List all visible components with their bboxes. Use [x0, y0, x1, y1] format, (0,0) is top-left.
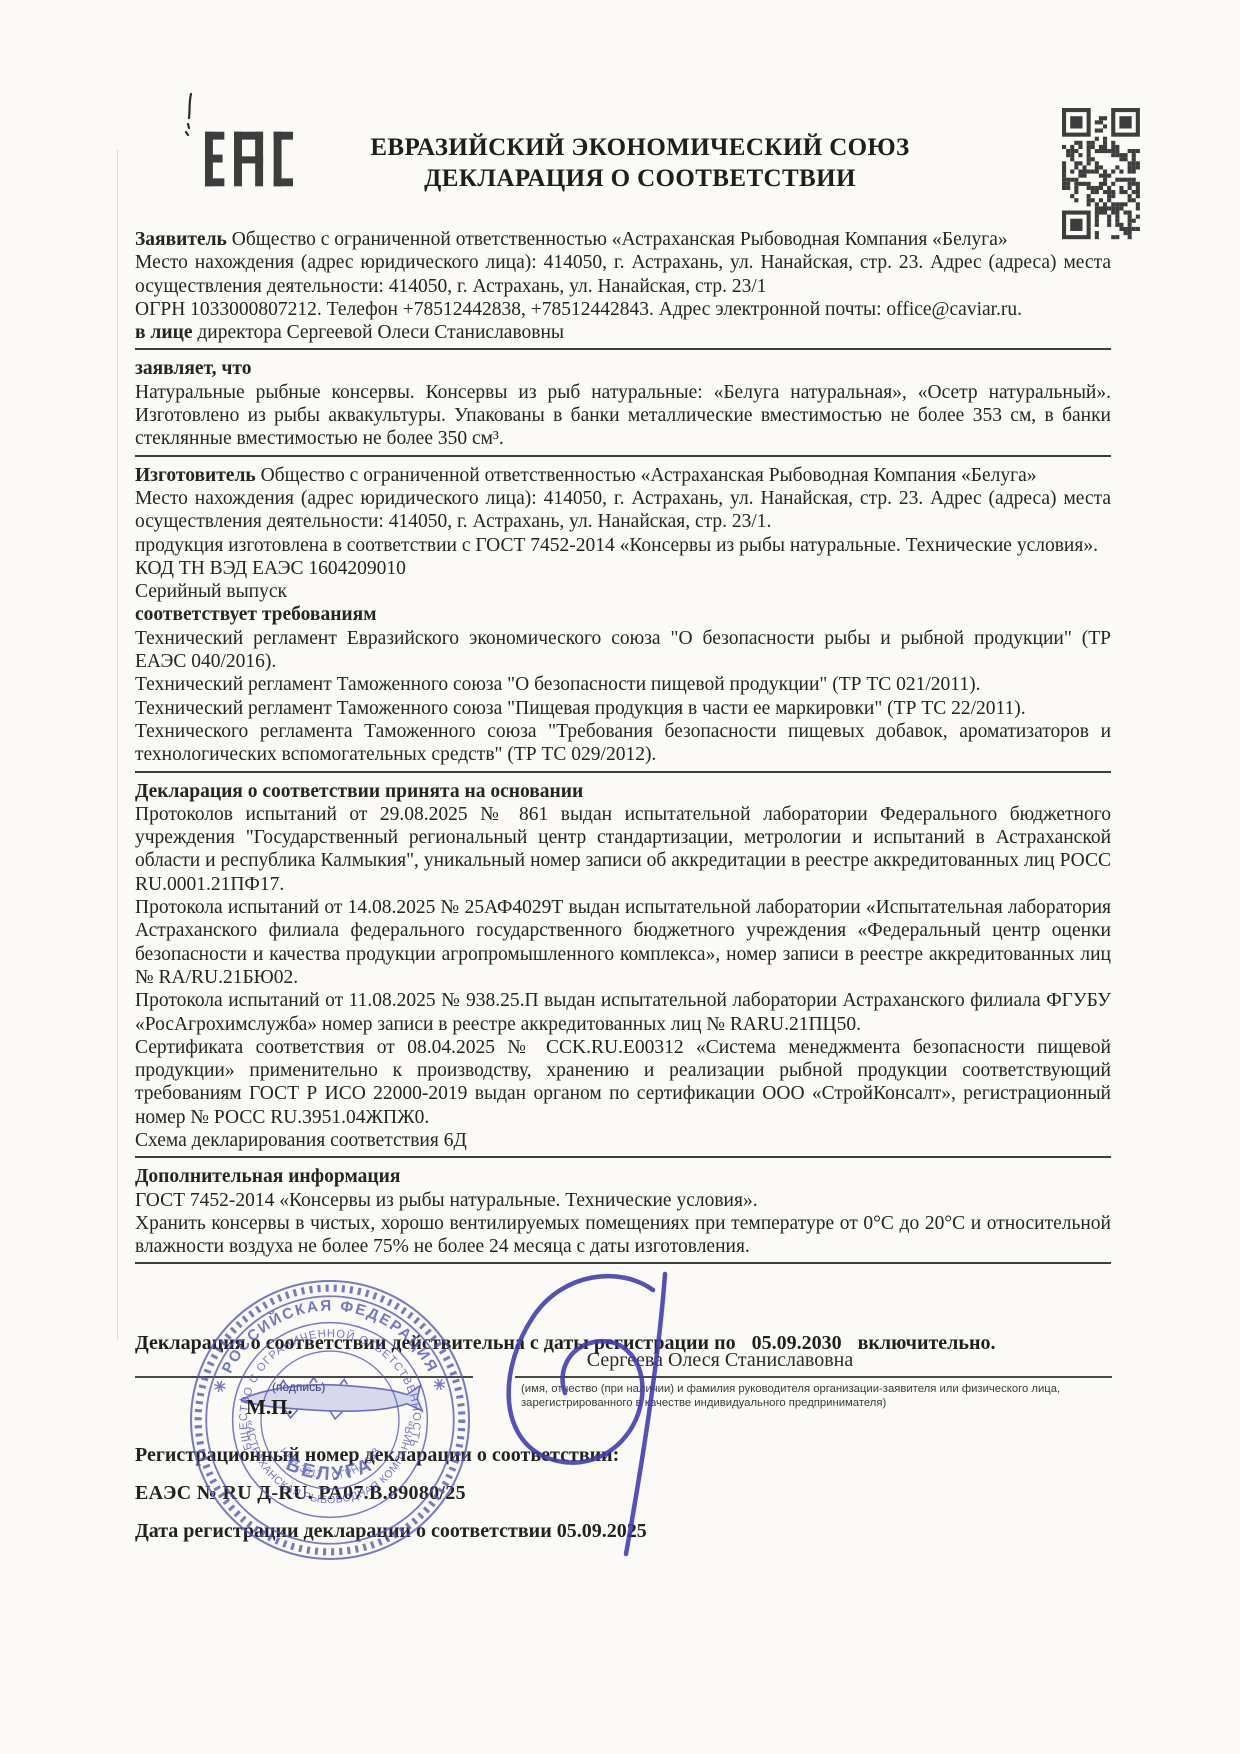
signature-line [135, 1376, 473, 1378]
manufacturer-address: Место нахождения (адрес юридического лиц… [135, 487, 1111, 534]
handwritten-signature [468, 1262, 718, 1562]
product-description: Натуральные рыбные консервы. Консервы из… [135, 381, 1111, 451]
head-name-note: (имя, отчество (при наличии) и фамилия р… [521, 1382, 1125, 1410]
scan-artifact [183, 92, 197, 136]
basis-label: Декларация о соответствии принята на осн… [135, 780, 1111, 803]
basis-paragraph: Сертификата соответствия от 08.04.2025 №… [135, 1036, 1111, 1129]
svg-text:ОБЩЕСТВО С ОГРАНИЧЕННОЙ ОТВЕТС: ОБЩЕСТВО С ОГРАНИЧЕННОЙ ОТВЕТСТВЕННОСТЬЮ [188, 1278, 422, 1452]
applicant-name: Общество с ограниченной ответственностью… [232, 229, 1008, 250]
head-name: Сергеева Олеся Станиславовна [520, 1349, 920, 1372]
registration-number-label: Регистрационный номер декларации о соотв… [135, 1444, 619, 1467]
requirement-item: Технический регламент Евразийского эконо… [135, 627, 1111, 674]
declares-label: заявляет, что [135, 357, 1111, 380]
applicant-in-person: в лице директора Сергеевой Олеси Станисл… [135, 321, 1111, 344]
requirement-item: Технический регламент Таможенного союза … [135, 673, 1111, 696]
applicant-address: Место нахождения (адрес юридического лиц… [135, 251, 1111, 298]
stamp-place-label: М.П. [246, 1395, 293, 1420]
serial-issue: Серийный выпуск [135, 580, 1111, 603]
qr-code [1062, 108, 1140, 244]
signature-caption: (подпись) [272, 1380, 325, 1394]
declaration-scheme: Схема декларирования соответствия 6Д [135, 1129, 1111, 1152]
eac-logo [205, 130, 293, 188]
additional-info-label: Дополнительная информация [135, 1165, 1111, 1188]
basis-paragraph: Протокола испытаний от 14.08.2025 № 25АФ… [135, 896, 1111, 989]
head-name-line [515, 1376, 1112, 1378]
manufacturer-gost: продукция изготовлена в соответствии с Г… [135, 534, 1111, 557]
section-divider [135, 348, 1111, 350]
section-divider [135, 1262, 1111, 1264]
applicant-paragraph: Заявитель Общество с ограниченной ответс… [135, 228, 1111, 251]
section-divider [135, 1156, 1111, 1158]
manufacturer-name: Общество с ограниченной ответственностью… [261, 465, 1037, 486]
section-divider [135, 455, 1111, 457]
requirements-label: соответствует требованиям [135, 603, 1111, 626]
applicant-label: Заявитель [135, 229, 227, 250]
manufacturer-label: Изготовитель [135, 465, 256, 486]
requirement-item: Технического регламента Таможенного союз… [135, 720, 1111, 767]
declaration-document: ЕВРАЗИЙСКИЙ ЭКОНОМИЧЕСКИЙ СОЮЗ ДЕКЛАРАЦИ… [0, 0, 1240, 1754]
stamp-middle-ring-top-text: ОБЩЕСТВО С ОГРАНИЧЕННОЙ ОТВЕТСТВЕННОСТЬЮ [188, 1278, 422, 1452]
title-line-union: ЕВРАЗИЙСКИЙ ЭКОНОМИЧЕСКИЙ СОЮЗ [300, 132, 980, 163]
basis-paragraph: Протоколов испытаний от 29.08.2025 № 861… [135, 803, 1111, 896]
additional-info-line: ГОСТ 7452-2014 «Консервы из рыбы натурал… [135, 1189, 1111, 1212]
requirement-item: Технический регламент Таможенного союза … [135, 697, 1111, 720]
section-divider [135, 771, 1111, 773]
title-line-declaration: ДЕКЛАРАЦИЯ О СООТВЕТСТВИИ [300, 163, 980, 194]
applicant-contacts: ОГРН 1033000807212. Телефон +78512442838… [135, 298, 1111, 321]
scan-edge-line [117, 150, 118, 1340]
basis-paragraph: Протокола испытаний от 11.08.2025 № 938.… [135, 989, 1111, 1036]
additional-info-line: Хранить консервы в чистых, хорошо вентил… [135, 1212, 1111, 1259]
tn-ved-code: КОД ТН ВЭД ЕАЭС 1604209010 [135, 557, 1111, 580]
document-body: Заявитель Общество с ограниченной ответс… [135, 228, 1111, 1271]
registration-date: Дата регистрации декларации о соответств… [135, 1520, 647, 1543]
in-person-label: в лице [135, 322, 192, 343]
in-person-name: директора Сергеевой Олеси Станиславовны [197, 322, 564, 343]
document-title: ЕВРАЗИЙСКИЙ ЭКОНОМИЧЕСКИЙ СОЮЗ ДЕКЛАРАЦИ… [300, 132, 980, 194]
manufacturer-paragraph: Изготовитель Общество с ограниченной отв… [135, 464, 1111, 487]
registration-number: ЕАЭС № RU Д-RU. РА07.В.89080/25 [135, 1482, 466, 1505]
